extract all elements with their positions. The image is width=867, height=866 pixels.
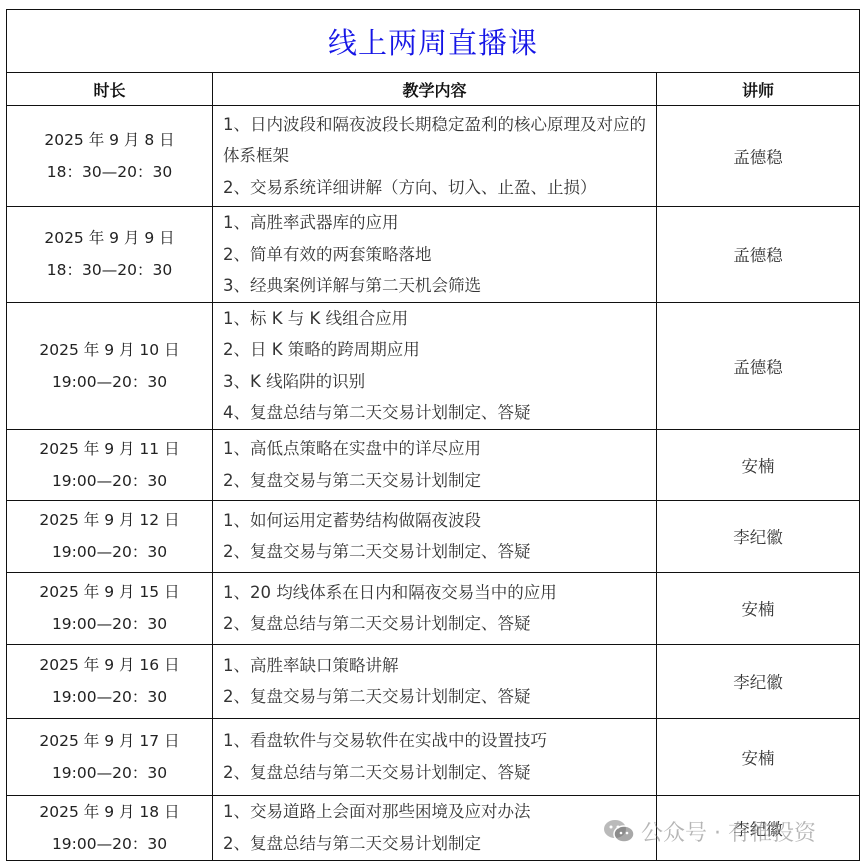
content-cell: 1、标 K 与 K 线组合应用2、日 K 策略的跨周期应用3、K 线陷阱的识别4… <box>213 302 657 429</box>
time-cell: 2025 年 9 月 11 日19:00—20：30 <box>7 429 213 500</box>
session-date: 2025 年 9 月 12 日 <box>7 504 212 536</box>
content-item: 3、经典案例详解与第二天机会筛选 <box>223 270 650 302</box>
table-row: 2025 年 9 月 9 日18：30—20：301、高胜率武器库的应用2、简单… <box>7 207 860 303</box>
time-cell: 2025 年 9 月 17 日19:00—20：30 <box>7 718 213 795</box>
content-item: 1、如何运用定蓄势结构做隔夜波段 <box>223 505 650 537</box>
content-item: 2、复盘总结与第二天交易计划制定 <box>223 828 650 860</box>
content-item: 1、高胜率武器库的应用 <box>223 207 650 239</box>
session-date: 2025 年 9 月 11 日 <box>7 433 212 465</box>
table-row: 2025 年 9 月 16 日19:00—20：301、高胜率缺口策略讲解2、复… <box>7 644 860 718</box>
content-item: 1、看盘软件与交易软件在实战中的设置技巧 <box>223 725 650 757</box>
content-cell: 1、高胜率武器库的应用2、简单有效的两套策略落地3、经典案例详解与第二天机会筛选 <box>213 207 657 303</box>
teacher-cell: 李纪徽 <box>657 500 860 572</box>
session-date: 2025 年 9 月 15 日 <box>7 576 212 608</box>
session-time: 18：30—20：30 <box>7 254 212 286</box>
header-time: 时长 <box>7 73 213 106</box>
teacher-cell: 李纪徽 <box>657 795 860 860</box>
table-row: 2025 年 9 月 8 日18：30—20：301、日内波段和隔夜波段长期稳定… <box>7 106 860 207</box>
content-item: 1、高低点策略在实盘中的详尽应用 <box>223 433 650 465</box>
content-item: 2、复盘交易与第二天交易计划制定、答疑 <box>223 681 650 713</box>
session-time: 19:00—20：30 <box>7 828 212 860</box>
teacher-cell: 孟德稳 <box>657 106 860 207</box>
session-time: 19:00—20：30 <box>7 757 212 789</box>
teacher-cell: 孟德稳 <box>657 207 860 303</box>
content-cell: 1、看盘软件与交易软件在实战中的设置技巧2、复盘总结与第二天交易计划制定、答疑 <box>213 718 657 795</box>
teacher-cell: 孟德稳 <box>657 302 860 429</box>
content-cell: 1、日内波段和隔夜波段长期稳定盈利的核心原理及对应的体系框架2、交易系统详细讲解… <box>213 106 657 207</box>
header-teacher: 讲师 <box>657 73 860 106</box>
time-cell: 2025 年 9 月 16 日19:00—20：30 <box>7 644 213 718</box>
table-row: 2025 年 9 月 18 日19:00—20：301、交易道路上会面对那些困境… <box>7 795 860 860</box>
content-item: 2、复盘总结与第二天交易计划制定、答疑 <box>223 608 650 640</box>
content-cell: 1、20 均线体系在日内和隔夜交易当中的应用2、复盘总结与第二天交易计划制定、答… <box>213 572 657 644</box>
session-date: 2025 年 9 月 9 日 <box>7 222 212 254</box>
content-cell: 1、如何运用定蓄势结构做隔夜波段2、复盘交易与第二天交易计划制定、答疑 <box>213 500 657 572</box>
time-cell: 2025 年 9 月 12 日19:00—20：30 <box>7 500 213 572</box>
content-item: 1、日内波段和隔夜波段长期稳定盈利的核心原理及对应的体系框架 <box>223 109 650 172</box>
content-cell: 1、高低点策略在实盘中的详尽应用2、复盘交易与第二天交易计划制定 <box>213 429 657 500</box>
session-time: 19:00—20：30 <box>7 536 212 568</box>
time-cell: 2025 年 9 月 15 日19:00—20：30 <box>7 572 213 644</box>
header-row: 时长 教学内容 讲师 <box>7 73 860 106</box>
content-item: 2、交易系统详细讲解（方向、切入、止盈、止损） <box>223 172 650 204</box>
title-cell: 线上两周直播课 <box>7 10 860 73</box>
content-item: 2、复盘交易与第二天交易计划制定 <box>223 465 650 497</box>
table-row: 2025 年 9 月 12 日19:00—20：301、如何运用定蓄势结构做隔夜… <box>7 500 860 572</box>
content-item: 1、交易道路上会面对那些困境及应对办法 <box>223 796 650 828</box>
session-date: 2025 年 9 月 8 日 <box>7 124 212 156</box>
session-date: 2025 年 9 月 10 日 <box>7 334 212 366</box>
session-date: 2025 年 9 月 18 日 <box>7 796 212 828</box>
content-item: 2、复盘交易与第二天交易计划制定、答疑 <box>223 536 650 568</box>
session-date: 2025 年 9 月 17 日 <box>7 725 212 757</box>
teacher-cell: 安楠 <box>657 429 860 500</box>
session-time: 18：30—20：30 <box>7 156 212 188</box>
session-date: 2025 年 9 月 16 日 <box>7 649 212 681</box>
content-item: 2、简单有效的两套策略落地 <box>223 239 650 271</box>
content-cell: 1、高胜率缺口策略讲解2、复盘交易与第二天交易计划制定、答疑 <box>213 644 657 718</box>
content-item: 2、日 K 策略的跨周期应用 <box>223 334 650 366</box>
teacher-cell: 安楠 <box>657 572 860 644</box>
time-cell: 2025 年 9 月 8 日18：30—20：30 <box>7 106 213 207</box>
time-cell: 2025 年 9 月 18 日19:00—20：30 <box>7 795 213 860</box>
content-item: 1、20 均线体系在日内和隔夜交易当中的应用 <box>223 577 650 609</box>
session-time: 19:00—20：30 <box>7 608 212 640</box>
teacher-cell: 安楠 <box>657 718 860 795</box>
table-row: 2025 年 9 月 15 日19:00—20：301、20 均线体系在日内和隔… <box>7 572 860 644</box>
content-item: 1、标 K 与 K 线组合应用 <box>223 303 650 335</box>
session-time: 19:00—20：30 <box>7 465 212 497</box>
page-title: 线上两周直播课 <box>328 26 538 60</box>
teacher-cell: 李纪徽 <box>657 644 860 718</box>
content-item: 1、高胜率缺口策略讲解 <box>223 650 650 682</box>
course-schedule-table: 线上两周直播课 时长 教学内容 讲师 2025 年 9 月 8 日18：30—2… <box>6 9 860 861</box>
title-row: 线上两周直播课 <box>7 10 860 73</box>
content-cell: 1、交易道路上会面对那些困境及应对办法2、复盘总结与第二天交易计划制定 <box>213 795 657 860</box>
table-row: 2025 年 9 月 17 日19:00—20：301、看盘软件与交易软件在实战… <box>7 718 860 795</box>
time-cell: 2025 年 9 月 10 日19:00—20：30 <box>7 302 213 429</box>
table-row: 2025 年 9 月 10 日19:00—20：301、标 K 与 K 线组合应… <box>7 302 860 429</box>
header-content: 教学内容 <box>213 73 657 106</box>
content-item: 2、复盘总结与第二天交易计划制定、答疑 <box>223 757 650 789</box>
session-time: 19:00—20：30 <box>7 366 212 398</box>
content-item: 3、K 线陷阱的识别 <box>223 366 650 398</box>
time-cell: 2025 年 9 月 9 日18：30—20：30 <box>7 207 213 303</box>
table-row: 2025 年 9 月 11 日19:00—20：301、高低点策略在实盘中的详尽… <box>7 429 860 500</box>
content-item: 4、复盘总结与第二天交易计划制定、答疑 <box>223 397 650 429</box>
session-time: 19:00—20：30 <box>7 681 212 713</box>
